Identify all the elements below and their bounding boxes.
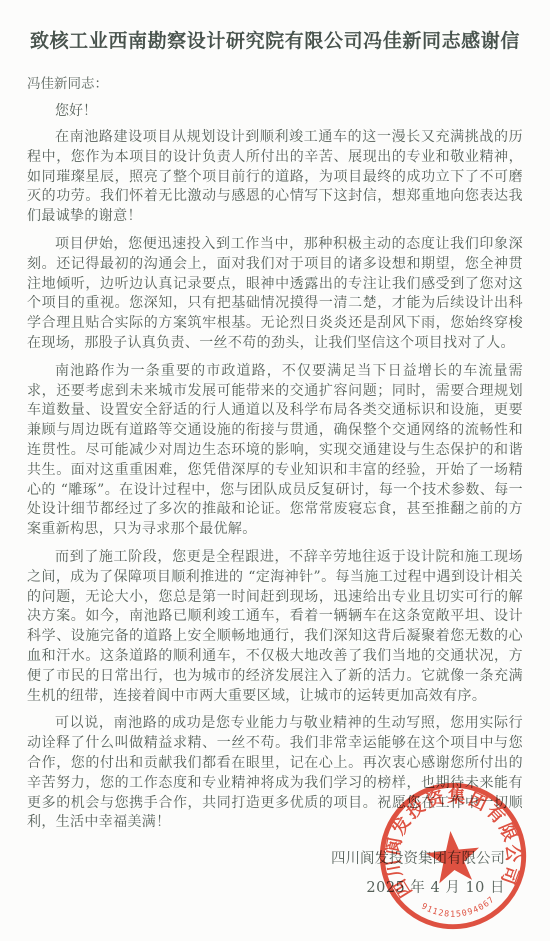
salutation: 冯佳新同志：: [27, 74, 523, 94]
signature-block: 四川阆发投资集团有限公司 2025 年 4 月 10 日: [27, 849, 523, 898]
letter-document: 致核工业西南勘察设计研究院有限公司冯佳新同志感谢信 冯佳新同志： 您好！ 在南池…: [0, 0, 550, 941]
paragraph-project-start: 项目伊始，您便迅速投入到工作当中，那种积极主动的态度让我们印象深刻。还记得最初的…: [27, 235, 523, 354]
letter-title: 致核工业西南勘察设计研究院有限公司冯佳新同志感谢信: [27, 28, 523, 54]
paragraph-design-phase: 南池路作为一条重要的市政道路，不仅要满足当下日益增长的车流量需求，还要考虑到未来…: [27, 362, 523, 540]
signature-company: 四川阆发投资集团有限公司: [27, 849, 505, 869]
paragraph-intro: 在南池路建设项目从规划设计到顺利竣工通车的这一漫长又充满挑战的历程中，您作为本项…: [27, 128, 523, 227]
paragraph-closing: 可以说，南池路的成功是您专业能力与敬业精神的生动写照，您用实际行动诠释了什么叫做…: [27, 714, 523, 833]
paragraph-construction-phase: 而到了施工阶段，您更是全程跟进，不辞辛劳地往返于设计院和施工现场之间，成为了保障…: [27, 548, 523, 706]
greeting: 您好！: [27, 101, 523, 121]
signature-date: 2025 年 4 月 10 日: [27, 878, 505, 898]
